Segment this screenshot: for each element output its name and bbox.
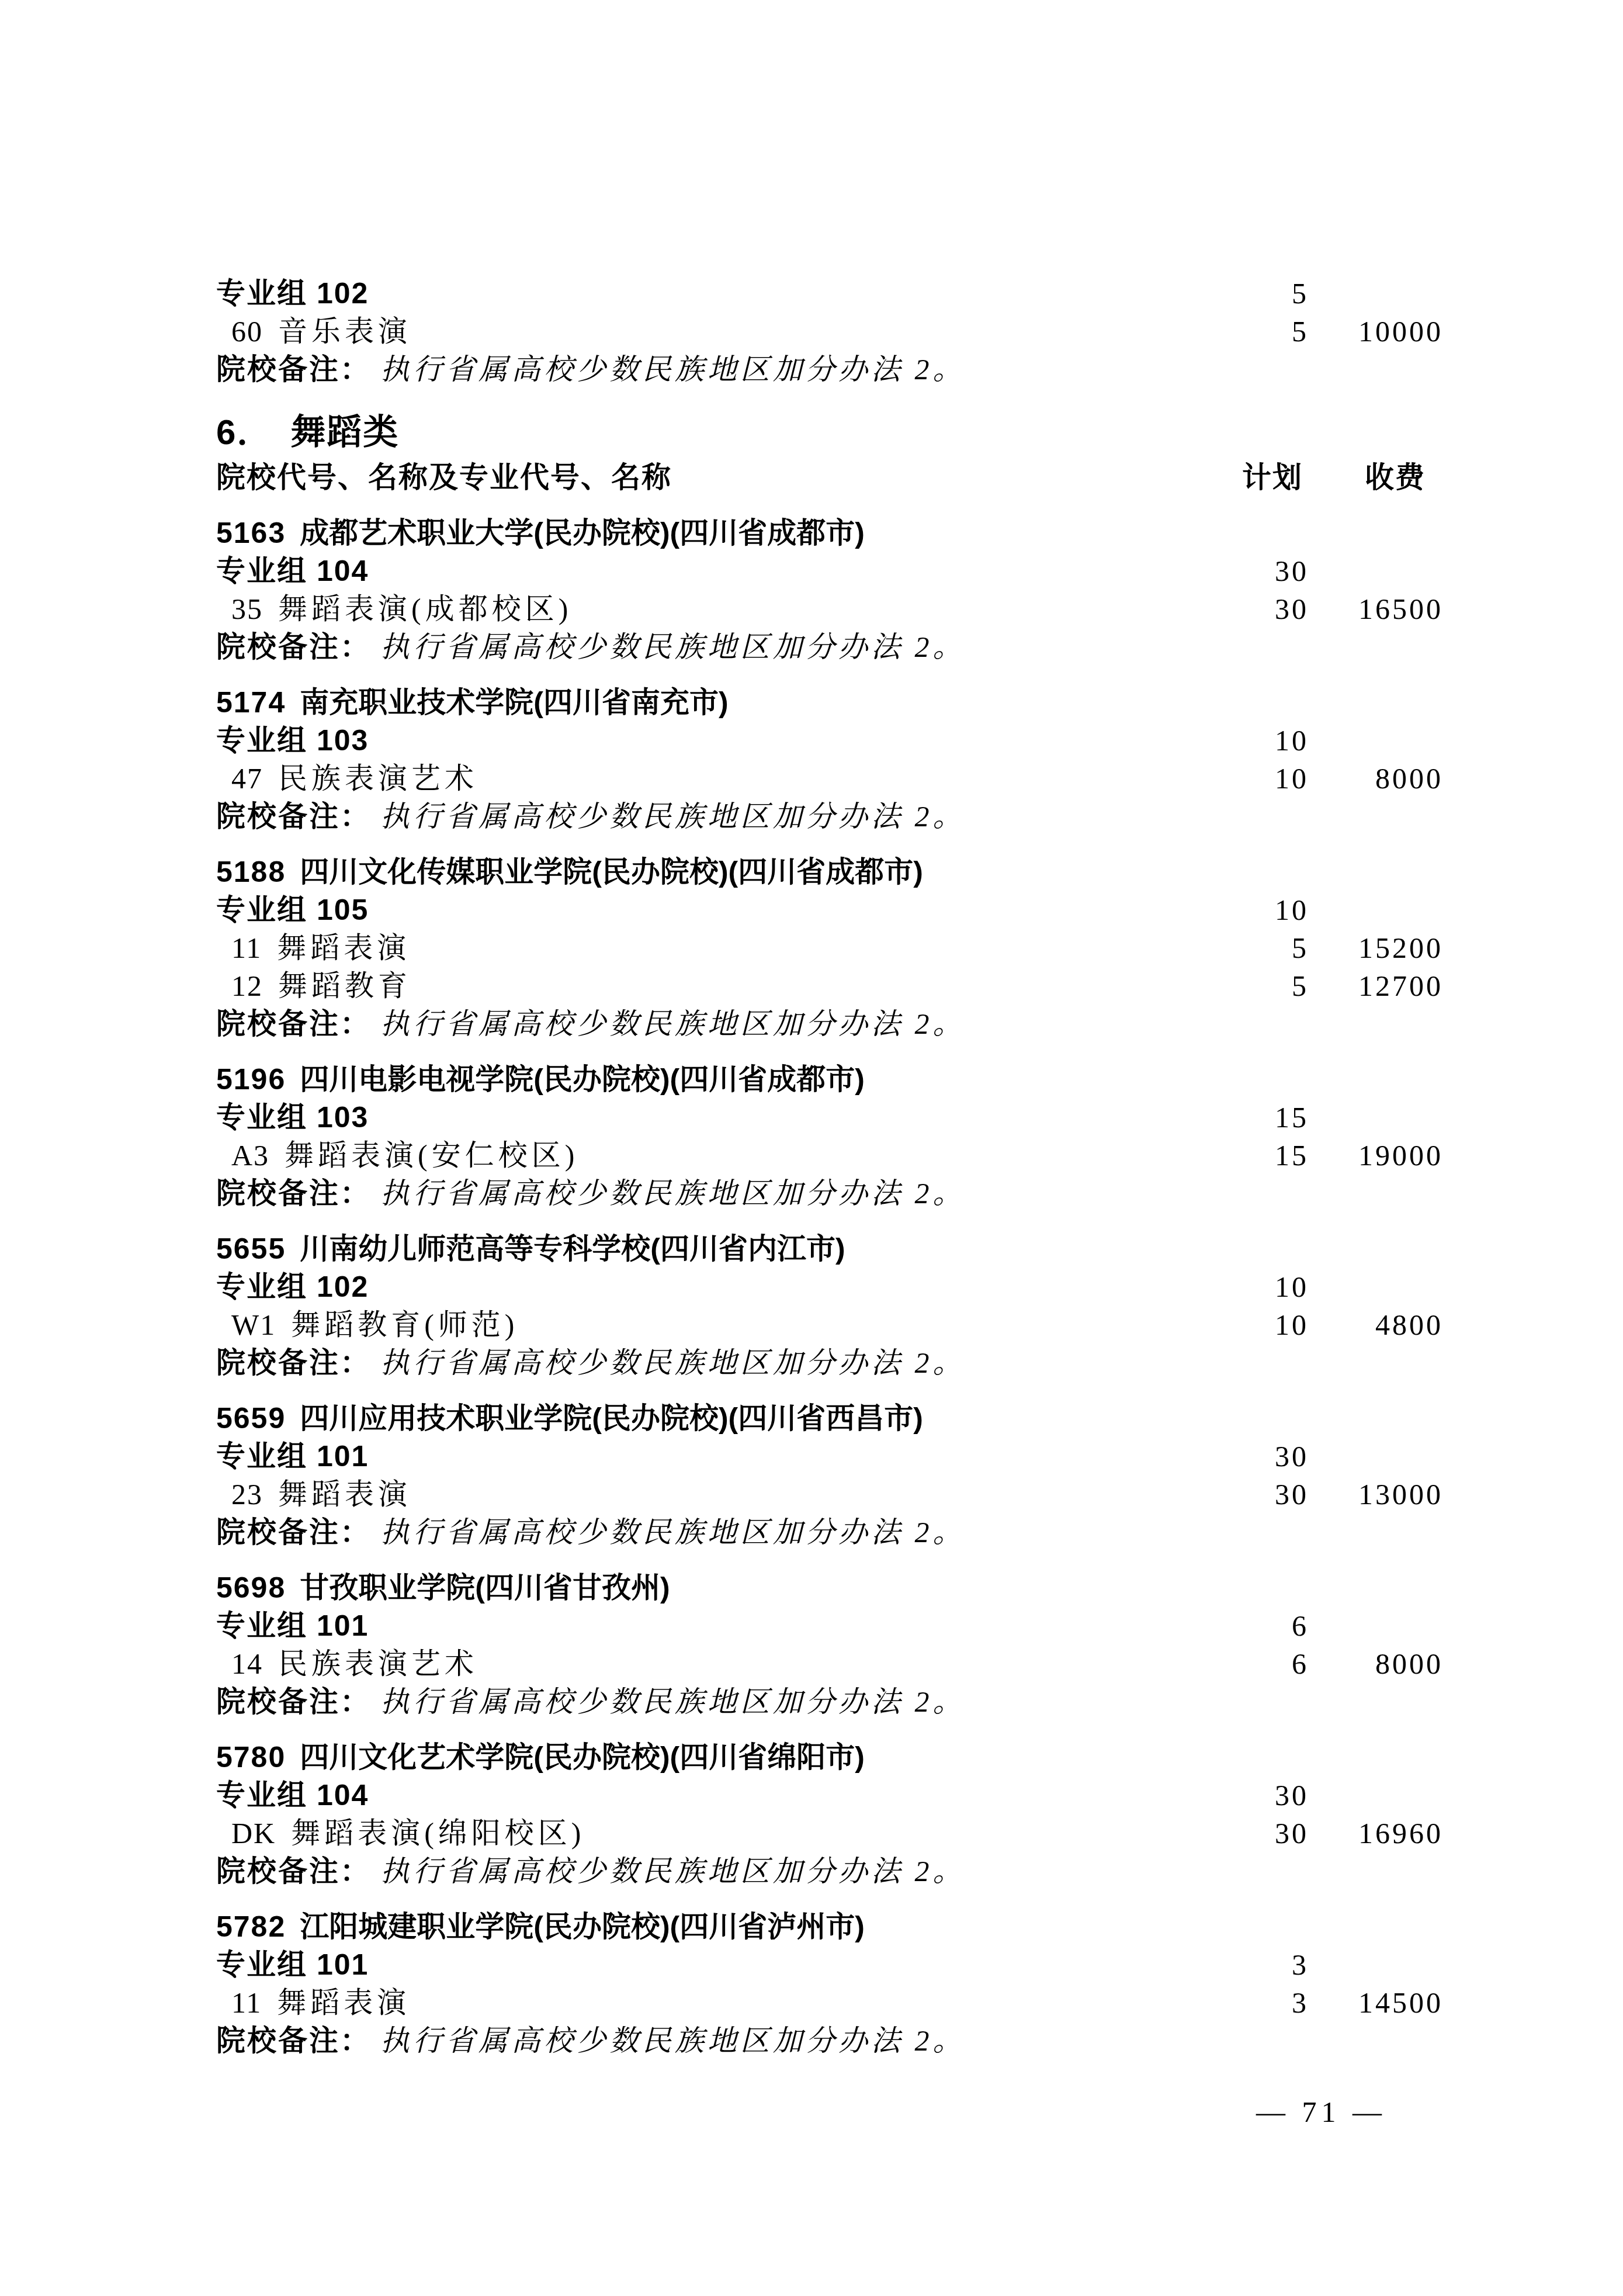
major-fee: 19000: [1309, 1137, 1443, 1175]
major-name-cell: 60音乐表演: [216, 313, 1198, 351]
table-header: 院校代号、名称及专业代号、名称 计划 收费: [216, 459, 1443, 497]
group-row: 专业组 10210: [216, 1268, 1443, 1306]
major-name-cell: 11舞蹈表演: [216, 929, 1198, 967]
note-text: 执行省属高校少数民族地区加分办法 2。: [380, 1007, 966, 1040]
major-title: 舞蹈表演: [278, 1478, 411, 1511]
major-fee: 12700: [1309, 967, 1443, 1005]
note-cell: 院校备注：执行省属高校少数民族地区加分办法 2。: [216, 798, 1198, 836]
major-row: 23舞蹈表演3013000: [216, 1476, 1443, 1514]
institution-name: 四川文化传媒职业学院(民办院校)(四川省成都市): [300, 856, 923, 888]
group-label: 专业组 101: [216, 1946, 1198, 1984]
group-plan: 15: [1198, 1099, 1309, 1137]
major-title: 舞蹈表演(安仁校区): [285, 1139, 578, 1172]
major-title: 音乐表演: [278, 315, 411, 348]
institution-name-cell: 5188四川文化传媒职业学院(民办院校)(四川省成都市): [216, 853, 1198, 891]
major-plan: 5: [1198, 967, 1309, 1005]
major-fee: 4800: [1309, 1306, 1443, 1344]
major-row: DK舞蹈表演(绵阳校区)3016960: [216, 1814, 1443, 1852]
note-label: 院校备注：: [216, 2024, 371, 2057]
major-title: 舞蹈表演(绵阳校区): [291, 1817, 585, 1850]
group-row: 专业组 1013: [216, 1946, 1443, 1984]
major-name-cell: A3舞蹈表演(安仁校区): [216, 1137, 1198, 1175]
section-number: 6．: [216, 413, 273, 452]
major-row: 12舞蹈教育512700: [216, 967, 1443, 1005]
institution-name: 江阳城建职业学院(民办院校)(四川省泸州市): [300, 1910, 865, 1943]
major-name-cell: 14民族表演艺术: [216, 1645, 1198, 1683]
institution-row: 5188四川文化传媒职业学院(民办院校)(四川省成都市): [216, 853, 1443, 891]
note-label: 院校备注：: [216, 353, 371, 386]
institution-row: 5655川南幼儿师范高等专科学校(四川省内江市): [216, 1230, 1443, 1268]
group-label: 专业组 103: [216, 722, 1198, 760]
institution-block: 5659四川应用技术职业学院(民办院校)(四川省西昌市)专业组 1013023舞…: [216, 1400, 1443, 1552]
header-plan-column: 计划: [1198, 459, 1309, 497]
major-plan: 10: [1198, 760, 1309, 798]
institution-name-cell: 5698甘孜职业学院(四川省甘孜州): [216, 1569, 1198, 1607]
institution-row: 5659四川应用技术职业学院(民办院校)(四川省西昌市): [216, 1400, 1443, 1438]
note-label: 院校备注：: [216, 631, 371, 663]
note-row: 院校备注：执行省属高校少数民族地区加分办法 2。: [216, 1852, 1443, 1890]
major-row: 35舞蹈表演(成都校区)3016500: [216, 590, 1443, 628]
note-text: 执行省属高校少数民族地区加分办法 2。: [380, 631, 966, 663]
section-title: 舞蹈类: [290, 413, 399, 452]
institution-name-cell: 5655川南幼儿师范高等专科学校(四川省内江市): [216, 1230, 1198, 1268]
group-plan: 30: [1198, 1776, 1309, 1814]
note-text: 执行省属高校少数民族地区加分办法 2。: [380, 1177, 966, 1210]
major-title: 民族表演艺术: [278, 1647, 478, 1680]
institution-list: 5163成都艺术职业大学(民办院校)(四川省成都市)专业组 1043035舞蹈表…: [216, 514, 1443, 2060]
note-label: 院校备注：: [216, 1177, 371, 1210]
institution-name: 成都艺术职业大学(民办院校)(四川省成都市): [300, 517, 865, 549]
institution-code: 5782: [216, 1910, 286, 1943]
major-row: 47民族表演艺术108000: [216, 760, 1443, 798]
group-plan: 10: [1198, 1268, 1309, 1306]
institution-row: 5698甘孜职业学院(四川省甘孜州): [216, 1569, 1443, 1607]
institution-row: 5174南充职业技术学院(四川省南充市): [216, 684, 1443, 722]
group-plan: 10: [1198, 722, 1309, 760]
note-text: 执行省属高校少数民族地区加分办法 2。: [380, 353, 966, 386]
note-text: 执行省属高校少数民族地区加分办法 2。: [380, 2024, 966, 2057]
note-cell: 院校备注：执行省属高校少数民族地区加分办法 2。: [216, 1514, 1198, 1552]
major-code: 47: [231, 762, 263, 795]
major-title: 舞蹈表演(成都校区): [278, 593, 572, 625]
institution-name: 南充职业技术学院(四川省南充市): [300, 686, 728, 719]
plan-cell: 5: [1198, 313, 1309, 351]
note-row: 院校备注：执行省属高校少数民族地区加分办法 2。: [216, 798, 1443, 836]
note-text: 执行省属高校少数民族地区加分办法 2。: [380, 800, 966, 833]
note-text: 执行省属高校少数民族地区加分办法 2。: [380, 1516, 966, 1549]
group-row: 专业组 10130: [216, 1438, 1443, 1476]
institution-code: 5698: [216, 1571, 286, 1604]
note-text: 执行省属高校少数民族地区加分办法 2。: [380, 1855, 966, 1888]
major-title: 舞蹈表演: [277, 931, 410, 964]
note-cell: 院校备注：执行省属高校少数民族地区加分办法 2。: [216, 351, 1198, 389]
major-fee: 8000: [1309, 1645, 1443, 1683]
major-row: 14民族表演艺术68000: [216, 1645, 1443, 1683]
note-cell: 院校备注：执行省属高校少数民族地区加分办法 2。: [216, 1175, 1198, 1213]
page-number: — 71 —: [1256, 2095, 1386, 2129]
institution-row: 5782江阳城建职业学院(民办院校)(四川省泸州市): [216, 1908, 1443, 1946]
header-fee-column: 收费: [1309, 459, 1443, 497]
institution-name-cell: 5780四川文化艺术学院(民办院校)(四川省绵阳市): [216, 1739, 1198, 1776]
institution-code: 5659: [216, 1402, 286, 1435]
institution-name: 四川应用技术职业学院(民办院校)(四川省西昌市): [300, 1402, 923, 1435]
major-row: A3舞蹈表演(安仁校区)1519000: [216, 1137, 1443, 1175]
major-name-cell: 35舞蹈表演(成都校区): [216, 590, 1198, 628]
institution-code: 5655: [216, 1232, 286, 1265]
institution-block: 5174南充职业技术学院(四川省南充市)专业组 1031047民族表演艺术108…: [216, 684, 1443, 836]
institution-block: 5655川南幼儿师范高等专科学校(四川省内江市)专业组 10210W1舞蹈教育(…: [216, 1230, 1443, 1382]
major-title: 舞蹈教育: [278, 969, 411, 1002]
institution-name-cell: 5174南充职业技术学院(四川省南充市): [216, 684, 1198, 722]
group-row: 专业组 10510: [216, 891, 1443, 929]
note-cell: 院校备注：执行省属高校少数民族地区加分办法 2。: [216, 1344, 1198, 1382]
major-row: W1舞蹈教育(师范)104800: [216, 1306, 1443, 1344]
major-plan: 10: [1198, 1306, 1309, 1344]
institution-code: 5163: [216, 517, 286, 549]
institution-block: 5196四川电影电视学院(民办院校)(四川省成都市)专业组 10315A3舞蹈表…: [216, 1061, 1443, 1213]
note-label: 院校备注：: [216, 1685, 371, 1718]
major-row: 11舞蹈表演314500: [216, 1984, 1443, 2022]
institution-code: 5188: [216, 856, 286, 888]
note-text: 执行省属高校少数民族地区加分办法 2。: [380, 1346, 966, 1379]
major-fee: 16500: [1309, 590, 1443, 628]
note-label: 院校备注：: [216, 1007, 371, 1040]
note-row: 院校备注：执行省属高校少数民族地区加分办法 2。: [216, 1683, 1443, 1721]
plan-cell: 5: [1198, 275, 1309, 313]
major-name-cell: 47民族表演艺术: [216, 760, 1198, 798]
major-plan: 3: [1198, 1984, 1309, 2022]
note-row: 院校备注：执行省属高校少数民族地区加分办法 2。: [216, 1344, 1443, 1382]
major-title: 舞蹈表演: [277, 1986, 410, 2019]
major-code: 11: [231, 931, 262, 964]
note-row: 院校备注：执行省属高校少数民族地区加分办法 2。: [216, 351, 1443, 389]
group-plan: 30: [1198, 1438, 1309, 1476]
note-cell: 院校备注：执行省属高校少数民族地区加分办法 2。: [216, 2022, 1198, 2060]
institution-name-cell: 5163成都艺术职业大学(民办院校)(四川省成都市): [216, 514, 1198, 552]
group-label: 专业组 104: [216, 552, 1198, 590]
institution-block: 5163成都艺术职业大学(民办院校)(四川省成都市)专业组 1043035舞蹈表…: [216, 514, 1443, 666]
major-plan: 5: [1198, 929, 1309, 967]
major-plan: 30: [1198, 1814, 1309, 1852]
group-label: 专业组 103: [216, 1099, 1198, 1137]
note-cell: 院校备注：执行省属高校少数民族地区加分办法 2。: [216, 628, 1198, 666]
institution-block: 5782江阳城建职业学院(民办院校)(四川省泸州市)专业组 101311舞蹈表演…: [216, 1908, 1443, 2060]
group-label: 专业组 105: [216, 891, 1198, 929]
group-row: 专业组 102 5: [216, 275, 1443, 313]
note-text: 执行省属高校少数民族地区加分办法 2。: [380, 1685, 966, 1718]
major-fee: 8000: [1309, 760, 1443, 798]
group-row: 专业组 10430: [216, 552, 1443, 590]
major-plan: 6: [1198, 1645, 1309, 1683]
major-plan: 30: [1198, 590, 1309, 628]
institution-name-cell: 5659四川应用技术职业学院(民办院校)(四川省西昌市): [216, 1400, 1198, 1438]
group-label: 专业组 102: [216, 1268, 1198, 1306]
major-fee: 14500: [1309, 1984, 1443, 2022]
header-name-column: 院校代号、名称及专业代号、名称: [216, 459, 1198, 497]
institution-block: 5780四川文化艺术学院(民办院校)(四川省绵阳市)专业组 10430DK舞蹈表…: [216, 1739, 1443, 1890]
group-label: 专业组 104: [216, 1776, 1198, 1814]
group-label: 专业组 102: [216, 275, 1198, 313]
major-fee: 16960: [1309, 1814, 1443, 1852]
group-plan: 3: [1198, 1946, 1309, 1984]
major-code: W1: [231, 1308, 276, 1341]
institution-name-cell: 5782江阳城建职业学院(民办院校)(四川省泸州市): [216, 1908, 1198, 1946]
major-row: 11舞蹈表演515200: [216, 929, 1443, 967]
institution-name-cell: 5196四川电影电视学院(民办院校)(四川省成都市): [216, 1061, 1198, 1099]
major-name-cell: W1舞蹈教育(师范): [216, 1306, 1198, 1344]
group-label: 专业组 101: [216, 1438, 1198, 1476]
major-title: 舞蹈教育(师范): [291, 1308, 518, 1341]
institution-row: 5163成都艺术职业大学(民办院校)(四川省成都市): [216, 514, 1443, 552]
institution-code: 5196: [216, 1063, 286, 1096]
major-name-cell: DK舞蹈表演(绵阳校区): [216, 1814, 1198, 1852]
group-row: 专业组 10430: [216, 1776, 1443, 1814]
major-code: DK: [231, 1817, 276, 1850]
major-code: 14: [231, 1647, 263, 1680]
group-plan: 30: [1198, 552, 1309, 590]
note-cell: 院校备注：执行省属高校少数民族地区加分办法 2。: [216, 1683, 1198, 1721]
note-label: 院校备注：: [216, 1516, 371, 1549]
note-cell: 院校备注：执行省属高校少数民族地区加分办法 2。: [216, 1852, 1198, 1890]
major-fee: 13000: [1309, 1476, 1443, 1514]
note-label: 院校备注：: [216, 1346, 371, 1379]
institution-name: 四川电影电视学院(民办院校)(四川省成都市): [300, 1063, 865, 1096]
group-row: 专业组 10310: [216, 722, 1443, 760]
note-row: 院校备注：执行省属高校少数民族地区加分办法 2。: [216, 1514, 1443, 1552]
institution-code: 5780: [216, 1741, 286, 1774]
group-label: 专业组 101: [216, 1607, 1198, 1645]
major-fee: 15200: [1309, 929, 1443, 967]
institution-block: 5188四川文化传媒职业学院(民办院校)(四川省成都市)专业组 1051011舞…: [216, 853, 1443, 1043]
note-row: 院校备注：执行省属高校少数民族地区加分办法 2。: [216, 2022, 1443, 2060]
major-plan: 15: [1198, 1137, 1309, 1175]
note-label: 院校备注：: [216, 1855, 371, 1888]
note-row: 院校备注：执行省属高校少数民族地区加分办法 2。: [216, 1175, 1443, 1213]
major-code: 11: [231, 1986, 262, 2019]
fee-cell: 10000: [1309, 313, 1443, 351]
note-row: 院校备注：执行省属高校少数民族地区加分办法 2。: [216, 1005, 1443, 1043]
major-code: 35: [231, 593, 263, 625]
institution-code: 5174: [216, 686, 286, 719]
note-label: 院校备注：: [216, 800, 371, 833]
major-name-cell: 11舞蹈表演: [216, 1984, 1198, 2022]
group-row: 专业组 1016: [216, 1607, 1443, 1645]
major-row: 60音乐表演 5 10000: [216, 313, 1443, 351]
institution-row: 5780四川文化艺术学院(民办院校)(四川省绵阳市): [216, 1739, 1443, 1776]
note-cell: 院校备注：执行省属高校少数民族地区加分办法 2。: [216, 1005, 1198, 1043]
page-content: 专业组 102 5 60音乐表演 5 10000 院校备注：执行省属高校少数民族…: [216, 275, 1443, 2060]
major-plan: 30: [1198, 1476, 1309, 1514]
note-row: 院校备注：执行省属高校少数民族地区加分办法 2。: [216, 628, 1443, 666]
institution-name: 甘孜职业学院(四川省甘孜州): [300, 1571, 670, 1604]
institution-block: 5698甘孜职业学院(四川省甘孜州)专业组 101614民族表演艺术68000院…: [216, 1569, 1443, 1721]
major-name-cell: 12舞蹈教育: [216, 967, 1198, 1005]
group-row: 专业组 10315: [216, 1099, 1443, 1137]
major-code: A3: [231, 1139, 269, 1172]
major-name-cell: 23舞蹈表演: [216, 1476, 1198, 1514]
document-page: 专业组 102 5 60音乐表演 5 10000 院校备注：执行省属高校少数民族…: [0, 0, 1623, 2296]
group-plan: 6: [1198, 1607, 1309, 1645]
major-code: 12: [231, 969, 263, 1002]
major-code: 60: [231, 315, 263, 348]
section-heading: 6．舞蹈类: [216, 406, 1443, 459]
institution-name: 川南幼儿师范高等专科学校(四川省内江市): [300, 1232, 845, 1265]
institution-row: 5196四川电影电视学院(民办院校)(四川省成都市): [216, 1061, 1443, 1099]
institution-name: 四川文化艺术学院(民办院校)(四川省绵阳市): [300, 1741, 865, 1774]
major-code: 23: [231, 1478, 263, 1511]
major-title: 民族表演艺术: [278, 762, 478, 795]
group-plan: 10: [1198, 891, 1309, 929]
